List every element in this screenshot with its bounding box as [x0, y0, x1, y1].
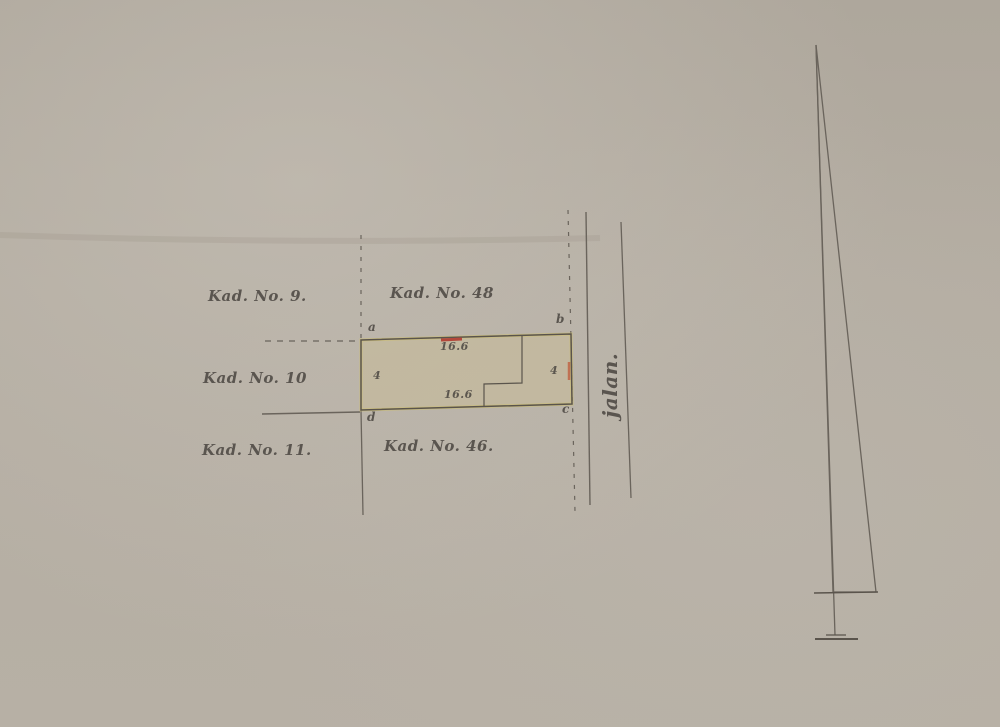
- road-label: jalan.: [598, 353, 622, 418]
- road-edge-right: [621, 222, 631, 498]
- plan-sheet: Kad. No. 9. Kad. No. 48 Kad. No. 10 Kad.…: [0, 0, 1000, 727]
- parcel-label-middle-left: Kad. No. 10: [203, 369, 307, 387]
- parcel-label-bottom-right: Kad. No. 46.: [384, 437, 494, 455]
- paper-crease: [0, 235, 600, 241]
- road-edge-left: [586, 212, 590, 505]
- parcel-label-top-left: Kad. No. 9.: [208, 287, 307, 305]
- corner-label-b: b: [556, 312, 565, 326]
- corner-label-d: d: [367, 410, 376, 424]
- dimension-top: 16.6: [440, 340, 469, 353]
- corner-label-a: a: [368, 320, 376, 334]
- dimension-right: 4: [550, 364, 558, 377]
- plan-drawing: [0, 0, 1000, 727]
- parcel-label-bottom-left: Kad. No. 11.: [202, 441, 312, 459]
- north-arrow-crossbar: [814, 592, 878, 593]
- dimension-bottom: 16.6: [444, 388, 473, 401]
- parcel-label-top-right: Kad. No. 48: [390, 284, 494, 302]
- boundary-left-lower: [361, 410, 363, 515]
- boundary-horizontal-lower: [262, 412, 360, 414]
- corner-label-c: c: [562, 402, 570, 416]
- dimension-left: 4: [373, 369, 381, 382]
